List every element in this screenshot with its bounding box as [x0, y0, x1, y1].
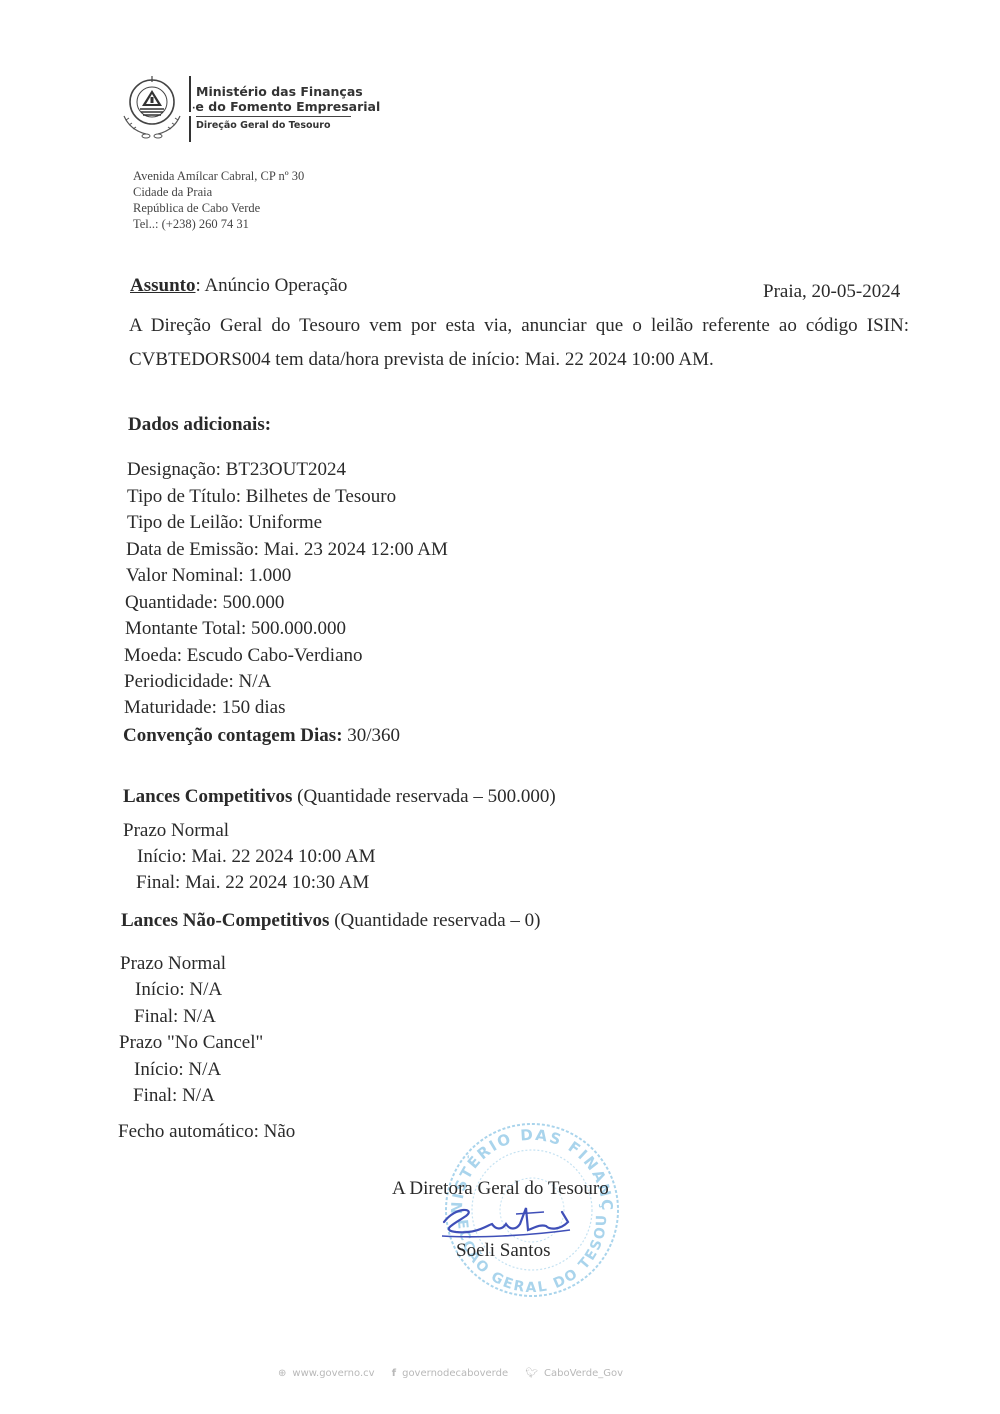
footer-links: ⊕www.governo.cv fgovernodecaboverde 🐦︎Ca… [278, 1368, 629, 1379]
globe-icon: ⊕ [278, 1368, 286, 1379]
auto-close: Fecho automático: Não [118, 1121, 295, 1143]
twitter-icon: 🐦︎ [525, 1368, 538, 1379]
address-line: Avenida Amílcar Cabral, CP nº 30 [133, 168, 304, 184]
address-line: Cidade da Praia [133, 184, 304, 200]
field-quantity: Quantidade: 500.000 [125, 592, 284, 614]
ministry-name-line2: ·e do Fomento Empresarial [192, 99, 380, 114]
ministry-name-line1: Ministério das Finanças [196, 84, 363, 99]
non-competitive-nocancel-start: Início: N/A [134, 1059, 221, 1081]
signatory-name: Soeli Santos [456, 1240, 550, 1262]
subject-value: : Anúncio Operação [195, 275, 347, 296]
header-divider-lower [189, 116, 191, 142]
field-periodicity: Periodicidade: N/A [124, 671, 271, 693]
non-competitive-bids-title: Lances Não-Competitivos (Quantidade rese… [121, 910, 540, 932]
facebook-link[interactable]: governodecaboverde [402, 1368, 508, 1379]
competitive-bids-title: Lances Competitivos (Quantidade reservad… [123, 786, 556, 808]
document-date: Praia, 20-05-2024 [763, 281, 900, 303]
competitive-end: Final: Mai. 22 2024 10:30 AM [136, 872, 369, 894]
address-line: República de Cabo Verde [133, 200, 304, 216]
field-currency: Moeda: Escudo Cabo-Verdiano [124, 645, 363, 667]
header-divider [189, 76, 191, 112]
address-block: Avenida Amílcar Cabral, CP nº 30 Cidade … [133, 168, 304, 232]
field-issue-date: Data de Emissão: Mai. 23 2024 12:00 AM [126, 539, 448, 561]
subject-line: Assunto: Anúncio Operação [130, 275, 347, 297]
non-competitive-normal-end: Final: N/A [134, 1006, 216, 1028]
intro-paragraph-line2: CVBTEDORS004 tem data/hora prevista de i… [129, 349, 714, 371]
competitive-period-label: Prazo Normal [123, 820, 229, 842]
facebook-icon: f [392, 1368, 396, 1379]
header-rule [196, 116, 351, 117]
additional-data-title: Dados adicionais: [128, 414, 271, 436]
twitter-link[interactable]: CaboVerde_Gov [544, 1368, 623, 1379]
field-auction-type: Tipo de Leilão: Uniforme [127, 512, 322, 534]
field-maturity: Maturidade: 150 dias [124, 697, 285, 719]
competitive-start: Início: Mai. 22 2024 10:00 AM [137, 846, 376, 868]
field-designation: Designação: BT23OUT2024 [127, 459, 346, 481]
non-competitive-normal-label: Prazo Normal [120, 953, 226, 975]
non-competitive-nocancel-end: Final: N/A [133, 1085, 215, 1107]
website-link[interactable]: www.governo.cv [292, 1368, 374, 1379]
republic-emblem-logo [116, 72, 188, 144]
field-nominal-value: Valor Nominal: 1.000 [126, 565, 291, 587]
directorate-name: Direção Geral do Tesouro [196, 120, 331, 131]
intro-paragraph-line1: A Direção Geral do Tesouro vem por esta … [129, 315, 909, 337]
non-competitive-normal-start: Início: N/A [135, 979, 222, 1001]
field-day-count-convention: Convenção contagem Dias: 30/360 [123, 725, 400, 747]
address-line: Tel..: (+238) 260 74 31 [133, 216, 304, 232]
field-total-amount: Montante Total: 500.000.000 [125, 618, 346, 640]
subject-label: Assunto [130, 275, 195, 296]
signatory-title: A Diretora Geral do Tesouro [392, 1178, 609, 1200]
field-title-type: Tipo de Título: Bilhetes de Tesouro [127, 486, 396, 508]
non-competitive-nocancel-label: Prazo "No Cancel" [119, 1032, 263, 1054]
